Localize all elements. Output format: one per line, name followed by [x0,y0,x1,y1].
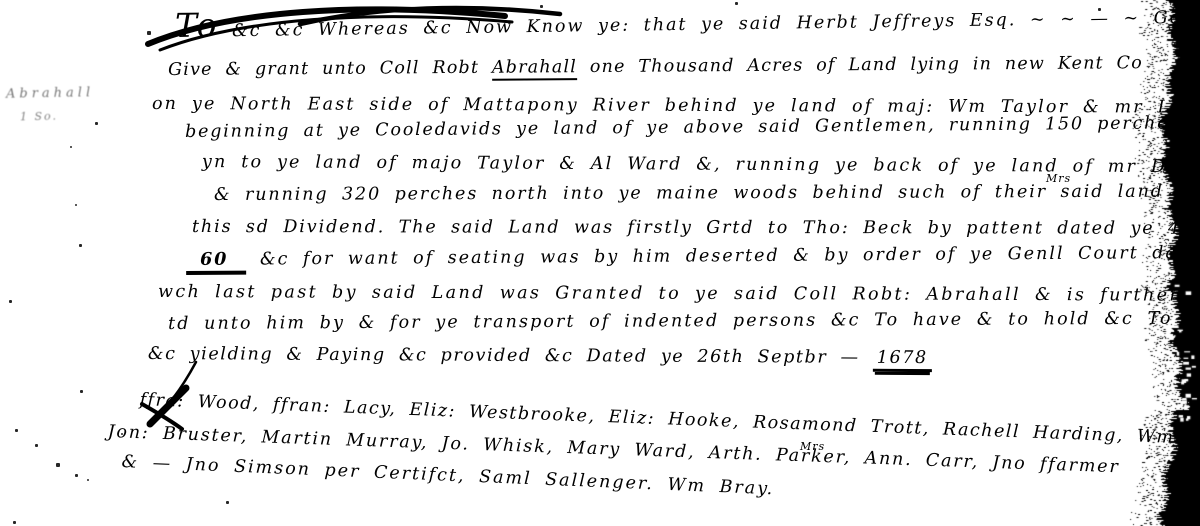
ink-speck [75,474,78,477]
ink-speck [87,479,89,481]
handwriting-line-7: this sd Dividend. The said Land was firs… [192,217,1200,239]
ink-speck [75,204,77,206]
opening-initial: To [175,5,219,45]
ink-speck [56,463,60,467]
manuscript-page: Abrahall 1 So. To &c &c Whereas &c Now K… [0,0,1200,526]
line-text: &c for want of seating was by him desert… [246,243,1200,270]
line-text: &c &c Whereas &c Now Know ye: that ye sa… [218,7,1200,42]
scan-edge-artifact [1128,0,1200,526]
line-text: Give & grant unto Coll Robt [168,58,492,80]
margin-note: Abrahall [6,85,94,102]
ink-speck [147,31,151,35]
handwriting-line-11: &c yielding & Paying &c provided &c Date… [148,344,932,368]
handwriting-line-1: To &c &c Whereas &c Now Know ye: that ye… [175,1,1200,42]
ink-speck [80,390,83,393]
ink-speck [9,300,12,303]
ink-speck [15,429,18,432]
underlined-name: Abrahall [492,57,577,81]
ink-speck [70,146,72,148]
handwriting-line-9: wch last past by said Land was Granted t… [158,282,1180,306]
underlined-number: 60 [186,250,247,275]
interlinear-insertion: Mrs [1046,172,1071,185]
margin-note-secondary: 1 So. [20,110,58,124]
handwriting-line-2: Give & grant unto Coll Robt Abrahall one… [168,53,1143,80]
ink-speck [226,501,229,504]
ink-speck [35,444,38,447]
ink-speck [79,244,82,247]
handwriting-line-8: 60 &c for want of seating was by him des… [186,243,1200,270]
ink-speck [540,5,543,8]
interlinear-insertion: Mrs [800,440,825,453]
handwriting-line-10: td unto him by & for ye transport of ind… [168,308,1200,334]
underlined-date: 1678 [873,348,932,372]
line-text: &c yielding & Paying &c provided &c Date… [148,344,873,368]
handwriting-line-4: beginning at ye Cooledavids ye land of y… [185,112,1200,142]
ink-speck [735,2,738,5]
line-text: one Thousand Acres of Land lying in new … [577,53,1143,77]
ink-speck [95,122,98,125]
ink-speck [13,521,16,524]
ink-speck [1098,8,1101,11]
ink-speck [121,433,123,435]
